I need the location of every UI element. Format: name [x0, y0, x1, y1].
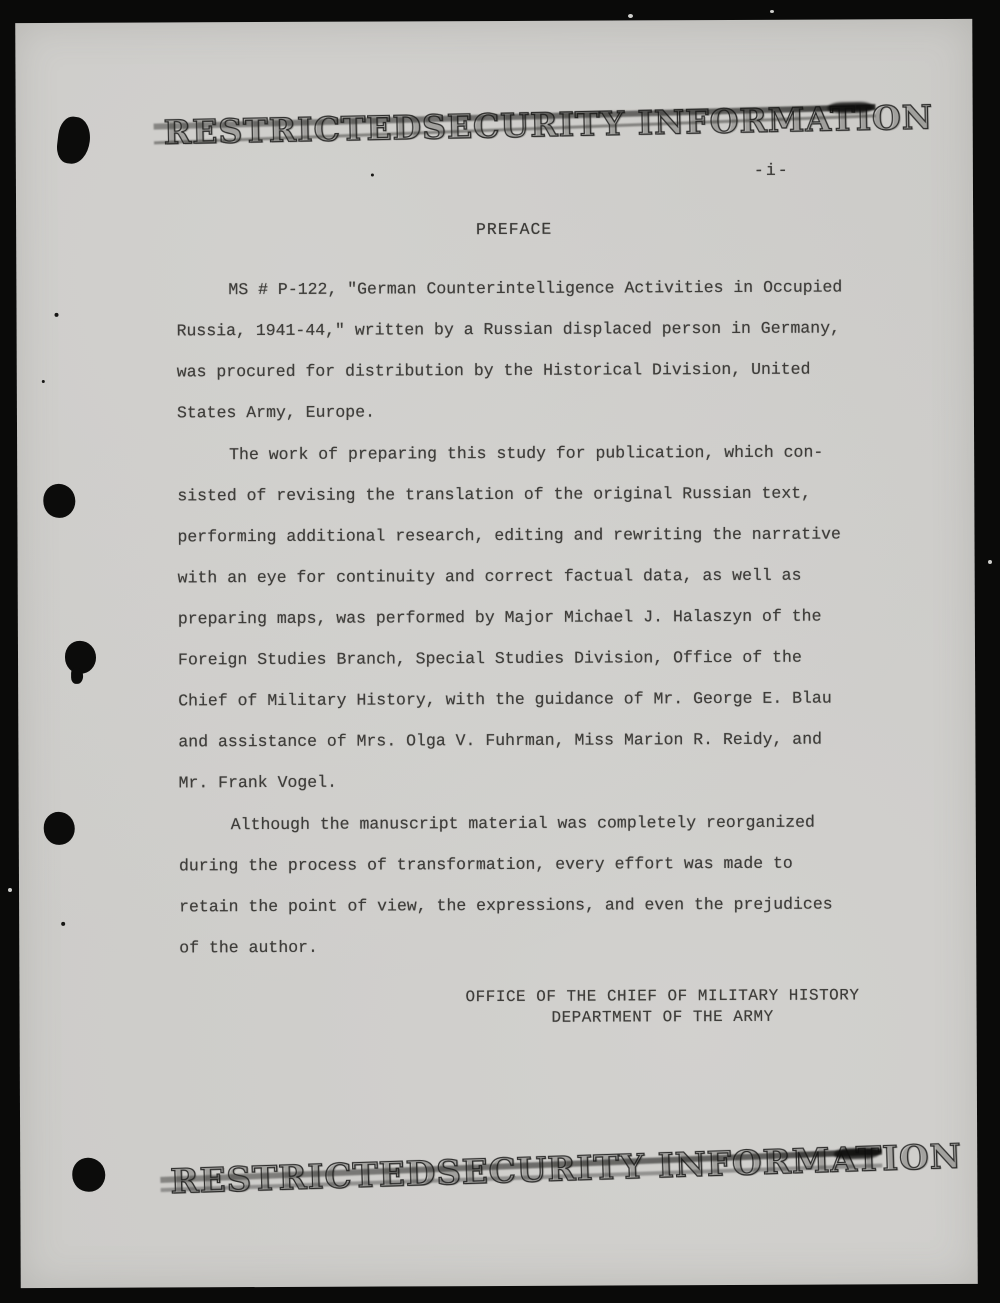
typewritten-line: The work of preparing this study for pub…	[177, 431, 877, 475]
typewritten-line: Russia, 1941-44," written by a Russian d…	[176, 307, 876, 351]
signature-block: OFFICE OF THE CHIEF OF MILITARY HISTORY …	[447, 985, 877, 1029]
signature-line-office: OFFICE OF THE CHIEF OF MILITARY HISTORY	[447, 985, 877, 1008]
typewritten-line: performing additional research, editing …	[177, 513, 877, 557]
typewritten-line: Foreign Studies Branch, Special Studies …	[178, 636, 878, 680]
typewritten-line: of the author.	[179, 924, 879, 968]
hole-punch-mark	[55, 115, 92, 165]
dust-speck	[8, 888, 12, 892]
typewritten-line: sisted of revising the translation of th…	[177, 472, 877, 516]
hole-punch-mark	[65, 641, 96, 674]
restricted-stamp-bottom: RESTRICTED SECURITY INFORMATION	[170, 1134, 865, 1208]
typewritten-line: Mr. Frank Vogel.	[178, 759, 878, 803]
hole-punch-mark	[72, 1158, 105, 1192]
dust-speck	[988, 560, 992, 564]
ink-speck	[42, 380, 45, 383]
document-page: RESTRICTED SECURITY INFORMATION -i- PREF…	[15, 19, 978, 1288]
dust-speck	[770, 10, 774, 13]
page-title: PREFACE	[176, 218, 852, 240]
ink-speck	[55, 313, 59, 317]
typewritten-line: MS # P-122, "German Counterintelligence …	[176, 266, 876, 310]
scanned-document-page: { "document": { "type": "scanned typewri…	[0, 0, 1000, 1303]
typewritten-line: during the process of transformation, ev…	[179, 842, 879, 886]
paragraph: The work of preparing this study for pub…	[177, 431, 879, 803]
paragraph: MS # P-122, "German Counterintelligence …	[176, 266, 877, 433]
typewritten-line: and assistance of Mrs. Olga V. Fuhrman, …	[178, 718, 878, 762]
restricted-stamp-top: RESTRICTED SECURITY INFORMATION	[163, 92, 858, 158]
signature-line-department: DEPARTMENT OF THE ARMY	[448, 1006, 878, 1029]
page-number: -i-	[754, 161, 790, 180]
typewritten-line: was procured for distribution by the His…	[177, 348, 877, 392]
typewritten-line: with an eye for continuity and correct f…	[178, 554, 878, 598]
ink-speck	[371, 174, 374, 177]
typewritten-line: Chief of Military History, with the guid…	[178, 677, 878, 721]
ink-smear	[827, 102, 873, 114]
stamp-word-restricted: RESTRICTED	[163, 107, 422, 151]
hole-punch-mark	[44, 812, 75, 845]
ink-speck	[61, 922, 65, 926]
hole-punch-mark	[43, 484, 75, 518]
typewritten-line: retain the point of view, the expression…	[179, 883, 879, 927]
typewritten-line: preparing maps, was performed by Major M…	[178, 595, 878, 639]
typewritten-line: Although the manuscript material was com…	[179, 801, 879, 845]
dust-speck	[628, 14, 633, 18]
typewritten-line: States Army, Europe.	[177, 389, 877, 433]
typewritten-body: MS # P-122, "German Counterintelligence …	[176, 266, 879, 969]
paragraph: Although the manuscript material was com…	[179, 801, 880, 968]
